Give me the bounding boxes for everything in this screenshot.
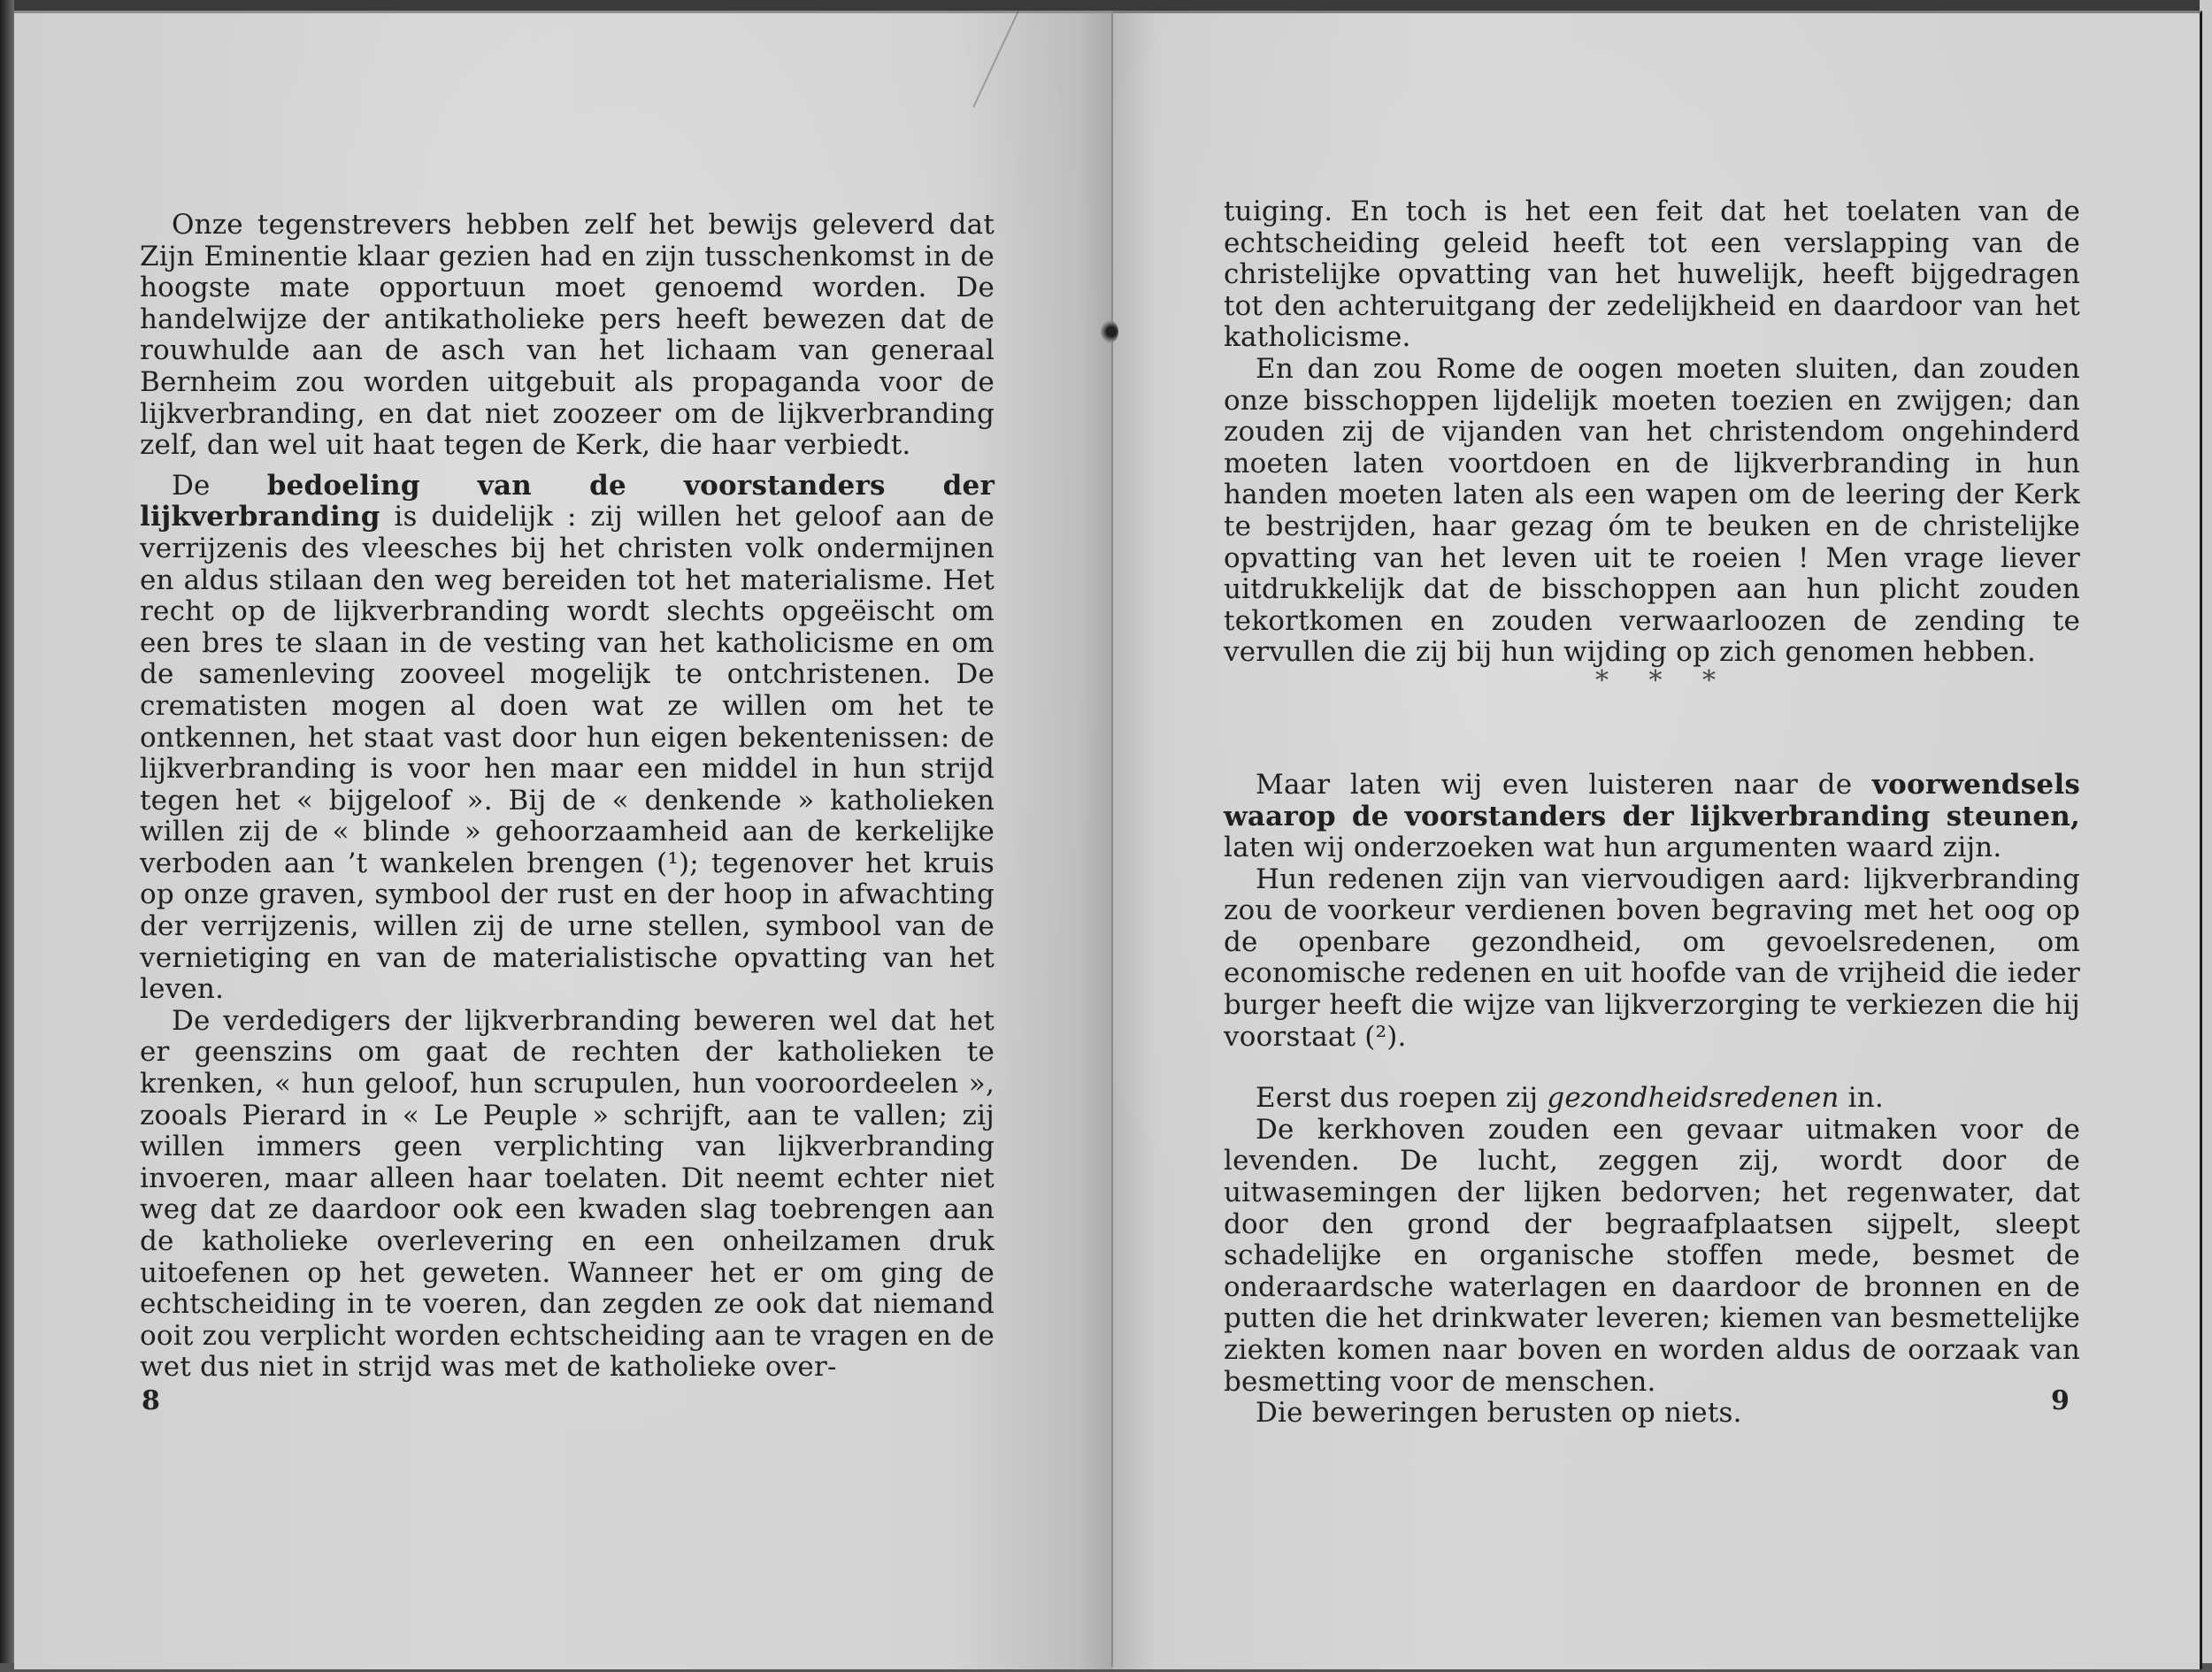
paragraph: Onze tegenstrevers hebben zelf het bewij… bbox=[140, 210, 995, 462]
paragraph: De bedoeling van de voorstanders der lij… bbox=[140, 471, 995, 1006]
page-number-right: 9 bbox=[2051, 1385, 2070, 1416]
paragraph-body: laten wij onderzoeken wat hun argumenten… bbox=[1224, 832, 2001, 863]
italic-phrase: gezondheidsredenen bbox=[1547, 1082, 1839, 1114]
paragraph: Die beweringen berusten op niets. bbox=[1224, 1398, 2080, 1430]
paragraph: Hun redenen zijn van viervoudigen aard: … bbox=[1224, 864, 2080, 1054]
paragraph-lead: Maar laten wij even luisteren naar de bbox=[1256, 769, 1872, 801]
scan-frame-left bbox=[0, 0, 14, 1672]
paragraph-lead: Eerst dus roepen zij bbox=[1256, 1082, 1547, 1114]
paragraph: En dan zou Rome de oogen moeten sluiten,… bbox=[1224, 354, 2080, 669]
paragraph-lead: De bbox=[172, 470, 267, 502]
paragraph: De verdedigers der lijkverbranding bewer… bbox=[140, 1006, 995, 1384]
left-page-text: Onze tegenstrevers hebben zelf het bewij… bbox=[140, 210, 995, 1384]
paragraph-continuation: tuiging. En toch is het een feit dat het… bbox=[1224, 196, 2080, 354]
page-number-left: 8 bbox=[142, 1385, 160, 1416]
paragraph: Eerst dus roepen zij gezondheidsredenen … bbox=[1224, 1083, 2080, 1115]
paragraph: De kerkhoven zouden een gevaar uitmaken … bbox=[1224, 1115, 2080, 1398]
paragraph-body: is duidelijk : zij willen het geloof aan… bbox=[140, 501, 995, 1005]
book-gutter bbox=[1111, 11, 1113, 1667]
right-page-text: tuiging. En toch is het een feit dat het… bbox=[1224, 196, 2080, 1430]
paragraph: Maar laten wij even luisteren naar de vo… bbox=[1224, 770, 2080, 864]
section-break-asterisks: * * * bbox=[1593, 665, 1734, 696]
paragraph-body: in. bbox=[1839, 1082, 1884, 1114]
binding-staple-hole bbox=[1101, 320, 1118, 343]
